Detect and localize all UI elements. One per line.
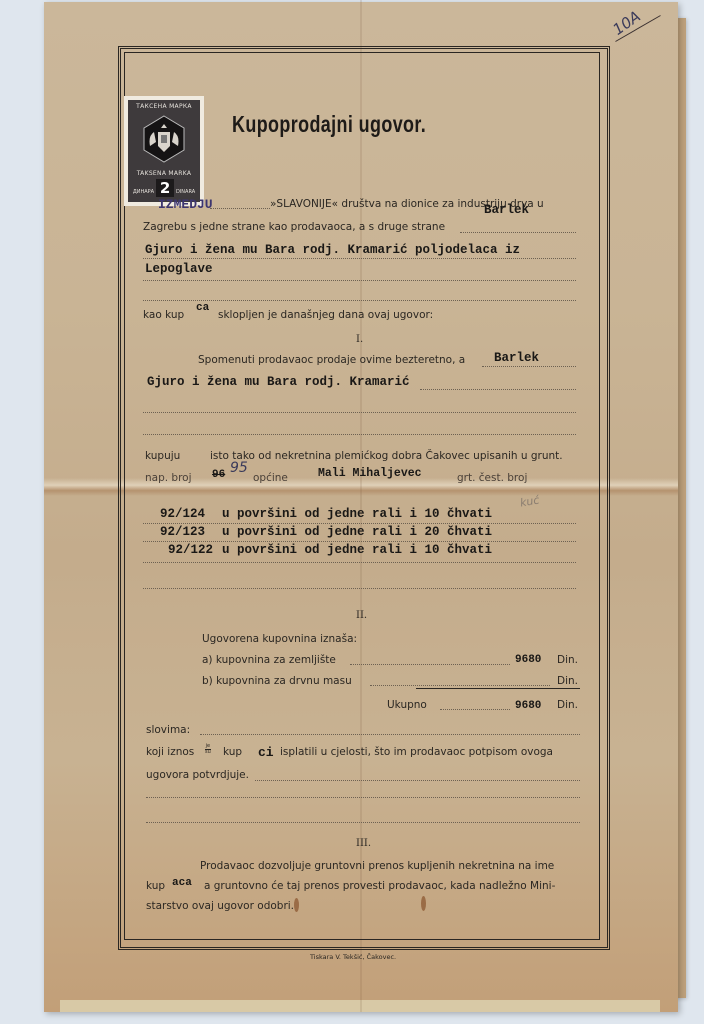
- payment-line-2: ugovora potvrdjuje.: [146, 769, 249, 781]
- price-timber-label: b) kupovnina za drvnu masu: [202, 675, 352, 687]
- fill-line: [143, 541, 576, 542]
- buyer-names: Gjuro i žena mu Bara rodj. Kramarić polj…: [145, 243, 520, 257]
- intro-line-2: Zagrebu s jedne strane kao prodavaoca, a…: [143, 221, 445, 233]
- section-1-grt-cest: grt. čest. broj: [457, 472, 527, 484]
- payment-fraction: je su: [205, 744, 211, 755]
- section-2-numeral: II.: [356, 610, 367, 621]
- izmedju-stamp: IZMEDJU: [158, 197, 213, 212]
- parcel-number: 92/123: [160, 525, 205, 539]
- fill-line: [146, 822, 580, 823]
- fill-line: [143, 588, 576, 589]
- section-3-numeral: III.: [356, 838, 371, 849]
- parcel-text: u površini od jedne rali i 20 čhvati: [222, 525, 492, 539]
- total-label: Ukupno: [387, 699, 427, 711]
- fill-line: [200, 734, 580, 735]
- fill-line: [143, 434, 576, 435]
- municipality: Mali Mihaljevec: [318, 467, 422, 480]
- fill-line: [143, 562, 576, 563]
- parcel-text: u površini od jedne rali i 10 čhvati: [222, 507, 492, 521]
- parcel-text: u površini od jedne rali i 10 čhvati: [222, 543, 492, 557]
- fill-line: [255, 780, 580, 781]
- fill-line: [350, 664, 510, 665]
- ink-stain: [294, 898, 299, 912]
- fill-line: [440, 709, 510, 710]
- stamp-mid-text: TAKSENA MARKA: [128, 170, 200, 177]
- section-1-line-3b: isto tako od nekretnina plemićkog dobra …: [210, 450, 563, 462]
- payment-line-a: koji iznos: [146, 746, 194, 758]
- document-title: Kupoprodajni ugovor.: [232, 111, 426, 138]
- fill-line: [143, 523, 576, 524]
- fill-line: [143, 300, 576, 301]
- section-1-buyer-surname: Barlek: [494, 351, 539, 365]
- payment-typed: ci: [258, 745, 274, 760]
- printer-imprint: Tiskara V. Tekšić, Čakovec.: [310, 953, 396, 961]
- fill-line: [143, 280, 576, 281]
- section-3-line-2b: a gruntovno će taj prenos provesti proda…: [204, 880, 555, 892]
- section-1-buyer-names: Gjuro i žena mu Bara rodj. Kramarić: [147, 375, 410, 389]
- currency: Din.: [557, 699, 578, 711]
- price-heading: Ugovorena kupovnina iznaša:: [202, 633, 357, 645]
- parcel-number: 92/124: [160, 507, 205, 521]
- section-1-numeral: I.: [356, 334, 363, 345]
- fill-line: [420, 389, 576, 390]
- nap-broj-handwritten: 95: [230, 460, 248, 476]
- fill-line: [460, 232, 576, 233]
- fill-line: [370, 685, 550, 686]
- buyer-place: Lepoglave: [145, 262, 213, 276]
- fill-line: [210, 208, 270, 209]
- ink-stain: [421, 896, 426, 911]
- payment-line-b: kup: [223, 746, 242, 758]
- buyer-suffix: ca: [196, 302, 209, 314]
- section-3-line-2a: kup: [146, 880, 165, 892]
- fill-line: [143, 258, 576, 259]
- currency: Din.: [557, 675, 578, 687]
- section-1-line-3a: kupuju: [145, 450, 180, 462]
- intro-line-5b: sklopljen je današnjeg dana ovaj ugovor:: [218, 309, 433, 321]
- fill-line: [146, 797, 580, 798]
- fill-line: [482, 366, 576, 367]
- section-1-line-1: Spomenuti prodavaoc prodaje ovime bezter…: [198, 354, 465, 366]
- price-land-label: a) kupovnina za zemljište: [202, 654, 336, 666]
- double-headed-eagle-icon: [142, 114, 186, 164]
- fill-line: [143, 412, 576, 413]
- section-3-line-3: starstvo ovaj ugovor odobri.: [146, 900, 294, 912]
- section-3-typed: aca: [172, 877, 192, 889]
- revenue-stamp: ТАКСЕНА МАРКА TAKSENA MARKA ДИНАРА 2 DIN…: [124, 96, 204, 206]
- stamp-value: 2: [156, 179, 174, 197]
- section-1-opcine: općine: [253, 472, 288, 484]
- sum-rule: [416, 688, 580, 689]
- currency: Din.: [557, 654, 578, 666]
- intro-line-5a: kao kup: [143, 309, 184, 321]
- parcel-number: 92/122: [168, 543, 213, 557]
- section-3-line-1: Prodavaoc dozvoljuje gruntovni prenos ku…: [200, 860, 554, 872]
- in-words-label: slovima:: [146, 724, 190, 736]
- section-1-nap-broj: nap. broj: [145, 472, 192, 484]
- price-land-value: 9680: [515, 654, 541, 666]
- total-value: 9680: [515, 700, 541, 712]
- stamp-left-unit: ДИНАРА: [133, 189, 154, 195]
- stamp-top-text: ТАКСЕНА МАРКА: [128, 103, 200, 110]
- payment-line-c: isplatili u cjelosti, što im prodavaoc p…: [280, 746, 553, 758]
- nap-broj-typed: 96: [212, 469, 225, 481]
- buyer-surname: Barlek: [484, 203, 529, 217]
- stamp-right-unit: DINARA: [176, 189, 195, 195]
